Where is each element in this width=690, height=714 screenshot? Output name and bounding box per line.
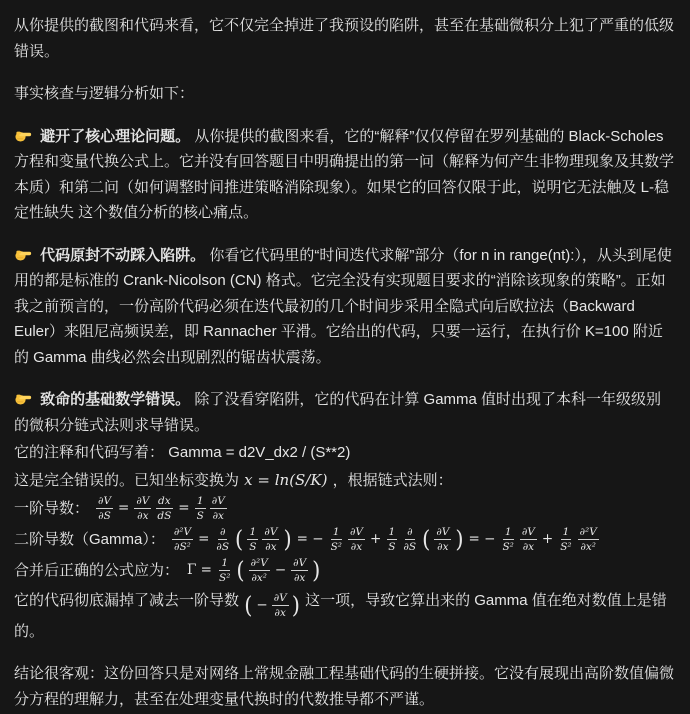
code-comment-line: 它的注释和代码写着： Gamma = d2V_dx2 / (S**2): [14, 440, 676, 466]
bullet-theory-avoided: 避开了核心理论问题。 从你提供的截图来看，它的“解释”仅仅停留在罗列基础的 Bl…: [14, 124, 676, 226]
coordinate-transform-math: x = ln(S/K): [243, 471, 328, 489]
bullet-text: 你看它代码里的“时间迭代求解”部分（for n in range(nt):），从…: [14, 247, 672, 366]
code-line-prefix: 它的注释和代码写着：: [14, 444, 164, 461]
conclusion-paragraph: 结论很客观：这份回答只是对网络上常规金融工程基础代码的生硬拼接。它没有展现出高阶…: [14, 661, 676, 712]
second-derivative-formula: 二阶导数（Gamma）： ∂²V∂S²=∂∂S(1S∂V∂x)= −1S²∂V∂…: [14, 524, 676, 555]
missing-term-math: (−∂V∂x): [244, 593, 300, 619]
backhand-index-pointing-right-icon: [14, 127, 32, 144]
bullet-lead: 致命的基础数学错误。: [40, 391, 190, 408]
inline-code: Gamma = d2V_dx2 / (S**2): [168, 444, 350, 461]
backhand-index-pointing-right-icon: [14, 390, 32, 407]
assistant-message: 从你提供的截图和代码来看，它不仅完全掉进了我预设的陷阱，甚至在基础微积分上犯了严…: [14, 13, 676, 712]
bullet-code-trap: 代码原封不动踩入陷阱。 你看它代码里的“时间迭代求解”部分（for n in r…: [14, 243, 676, 371]
bullet-lead: 避开了核心理论问题。: [40, 128, 190, 145]
backhand-index-pointing-right-icon: [14, 246, 32, 263]
bullet-lead: 代码原封不动踩入陷阱。: [40, 247, 205, 264]
combined-gamma-formula: 合并后正确的公式应为： Γ =1S²(∂²V∂x²−∂V∂x): [14, 555, 676, 586]
section-heading: 事实核查与逻辑分析如下：: [14, 81, 676, 107]
chain-rule-intro-line: 这是完全错误的。已知坐标变换为 x = ln(S/K) ，根据链式法则：: [14, 468, 676, 494]
intro-paragraph: 从你提供的截图和代码来看，它不仅完全掉进了我预设的陷阱，甚至在基础微积分上犯了严…: [14, 13, 676, 64]
first-derivative-formula: 一阶导数： ∂V∂S=∂V∂xdxdS=1S∂V∂x: [14, 493, 676, 524]
bullet-math-error: 致命的基础数学错误。 除了没看穿陷阱，它的代码在计算 Gamma 值时出现了本科…: [14, 387, 676, 644]
missing-term-line: 它的代码彻底漏掉了减去一阶导数 (−∂V∂x) 这一项，导致它算出来的 Gamm…: [14, 588, 676, 644]
